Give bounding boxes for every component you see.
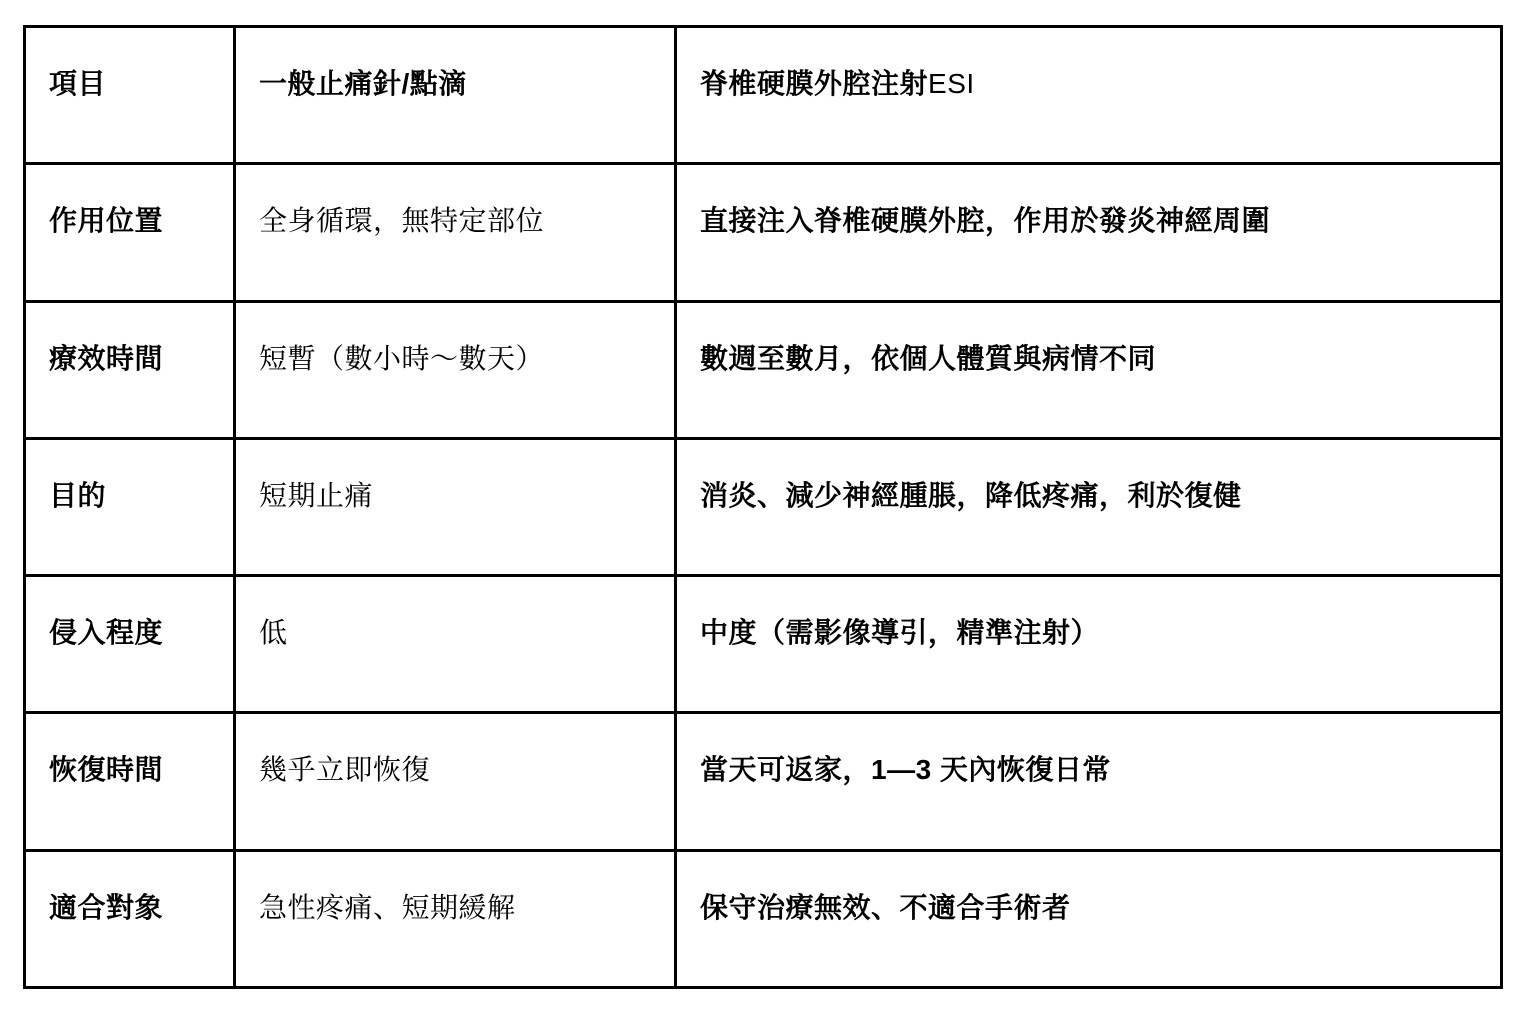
- header-esi: 脊椎硬膜外腔注射ESI: [676, 27, 1502, 164]
- general-cell: 幾乎立即恢復: [235, 713, 676, 850]
- table-row: 療效時間 短暫（數小時～數天） 數週至數月，依個人體質與病情不同: [25, 301, 1502, 438]
- row-label: 目的: [25, 438, 235, 575]
- esi-cell: 當天可返家，1—3 天內恢復日常: [676, 713, 1502, 850]
- header-general-painkiller: 一般止痛針/點滴: [235, 27, 676, 164]
- row-label: 恢復時間: [25, 713, 235, 850]
- esi-cell: 直接注入脊椎硬膜外腔，作用於發炎神經周圍: [676, 164, 1502, 301]
- general-cell: 急性疼痛、短期緩解: [235, 850, 676, 987]
- table-row: 目的 短期止痛 消炎、減少神經腫脹，降低疼痛，利於復健: [25, 438, 1502, 575]
- esi-cell: 中度（需影像導引，精準注射）: [676, 576, 1502, 713]
- general-cell: 低: [235, 576, 676, 713]
- row-label: 侵入程度: [25, 576, 235, 713]
- esi-cell: 保守治療無效、不適合手術者: [676, 850, 1502, 987]
- esi-cell: 消炎、減少神經腫脹，降低疼痛，利於復健: [676, 438, 1502, 575]
- general-cell: 全身循環，無特定部位: [235, 164, 676, 301]
- table-row: 恢復時間 幾乎立即恢復 當天可返家，1—3 天內恢復日常: [25, 713, 1502, 850]
- row-label: 適合對象: [25, 850, 235, 987]
- esi-cell: 數週至數月，依個人體質與病情不同: [676, 301, 1502, 438]
- table-row: 侵入程度 低 中度（需影像導引，精準注射）: [25, 576, 1502, 713]
- general-cell: 短暫（數小時～數天）: [235, 301, 676, 438]
- header-esi-label: 脊椎硬膜外腔注射: [700, 68, 928, 99]
- general-cell: 短期止痛: [235, 438, 676, 575]
- row-label: 療效時間: [25, 301, 235, 438]
- table-row: 適合對象 急性疼痛、短期緩解 保守治療無效、不適合手術者: [25, 850, 1502, 987]
- header-item: 項目: [25, 27, 235, 164]
- treatment-comparison-table: 項目 一般止痛針/點滴 脊椎硬膜外腔注射ESI 作用位置 全身循環，無特定部位 …: [23, 25, 1503, 989]
- header-row: 項目 一般止痛針/點滴 脊椎硬膜外腔注射ESI: [25, 27, 1502, 164]
- table-row: 作用位置 全身循環，無特定部位 直接注入脊椎硬膜外腔，作用於發炎神經周圍: [25, 164, 1502, 301]
- row-label: 作用位置: [25, 164, 235, 301]
- header-esi-abbrev: ESI: [928, 68, 975, 99]
